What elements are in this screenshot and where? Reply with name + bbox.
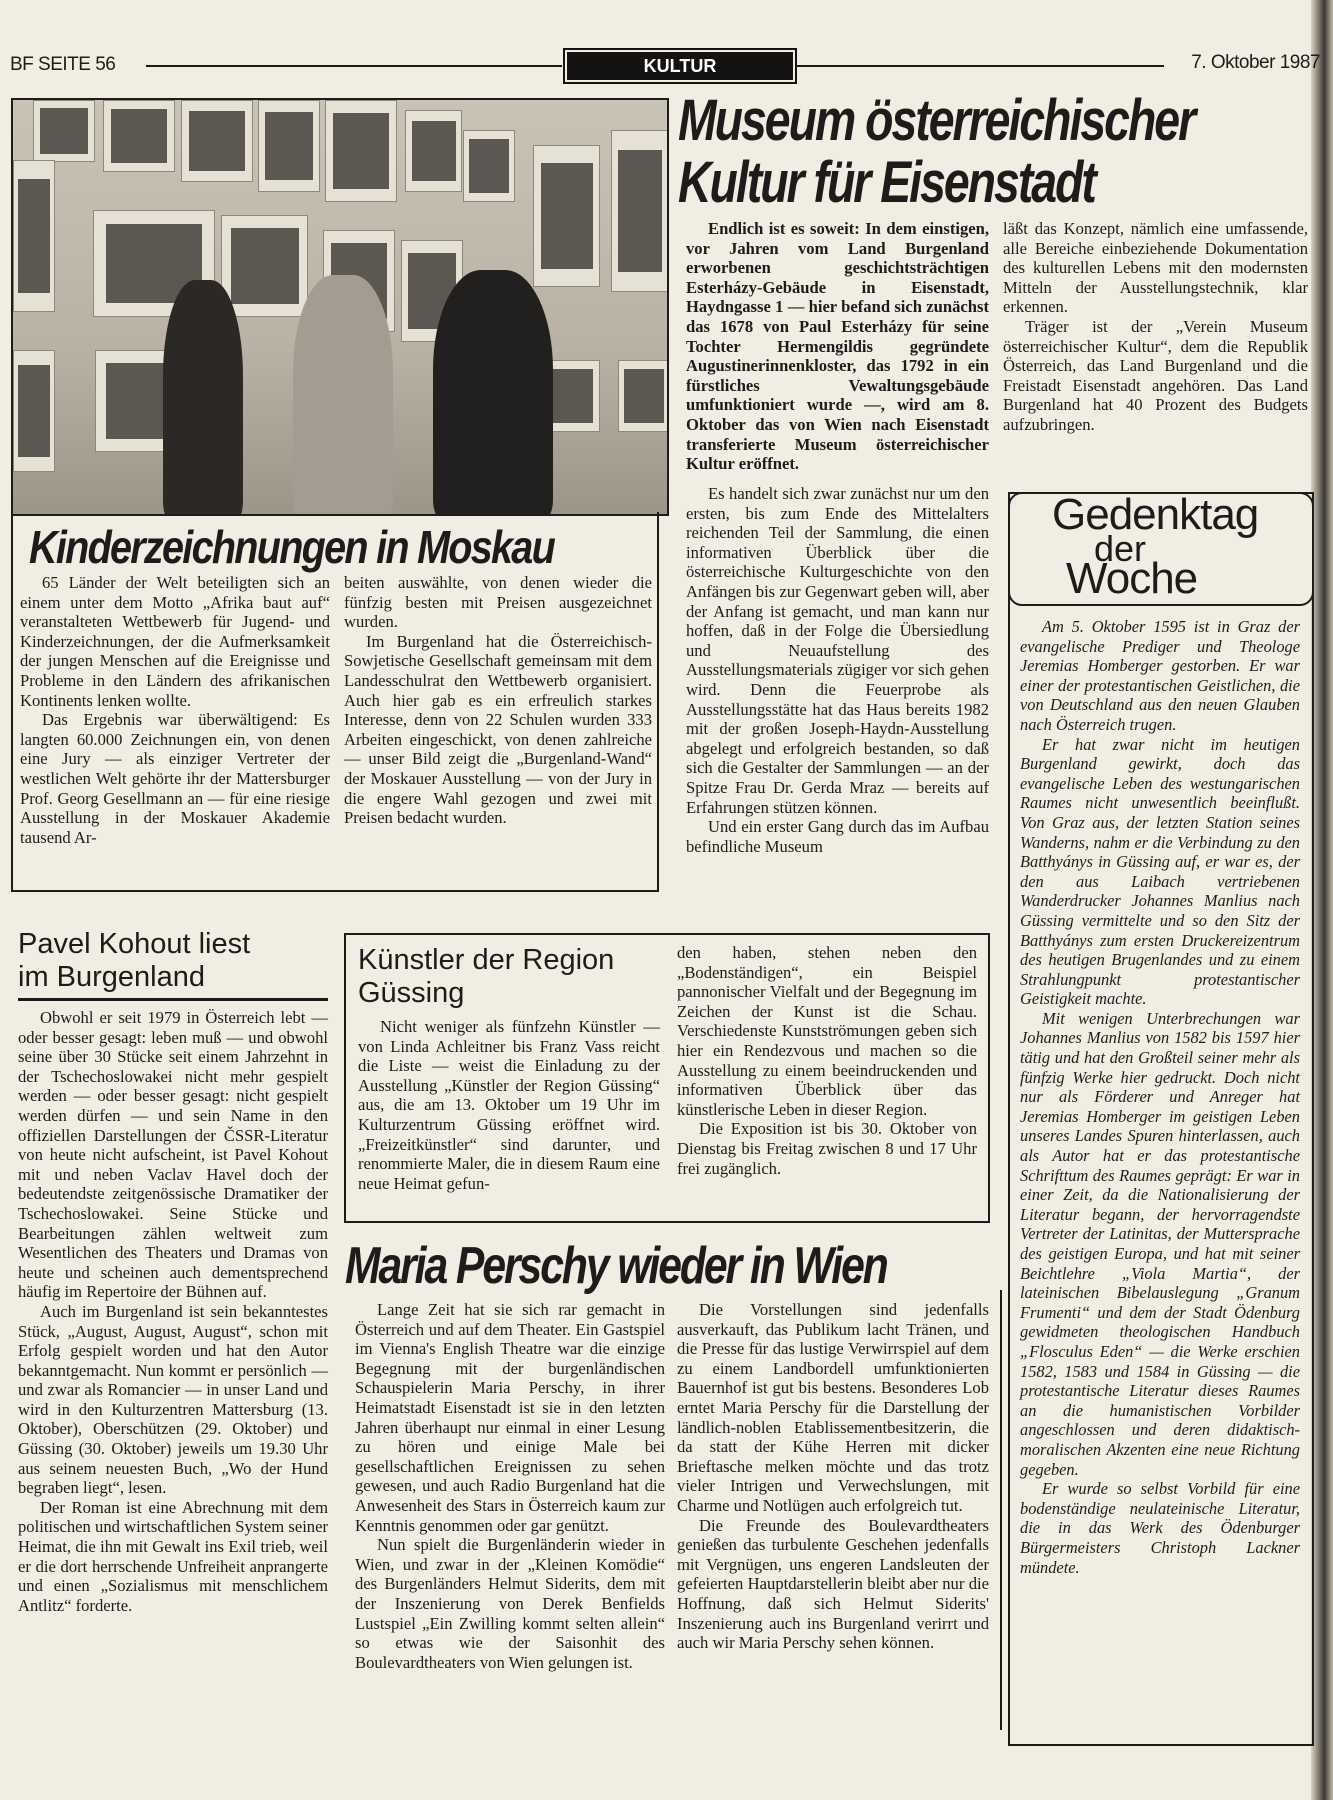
binding-edge (1311, 0, 1333, 1800)
paragraph: Im Burgenland hat die Österreichisch-Sow… (344, 632, 652, 828)
paragraph: Mit wenigen Unterbrechungen war Johannes… (1020, 1009, 1300, 1479)
kinder-column-1: 65 Länder der Welt beteiligten sich an e… (20, 573, 330, 847)
paragraph: den haben, stehen neben den „Bodenständi… (677, 943, 977, 1119)
kohout-text: Obwohl er seit 1979 in Österreich lebt —… (18, 1008, 328, 1615)
page-number: BF SEITE 56 (10, 54, 115, 76)
page-header: BF SEITE 56 KULTUR 7. Oktober 1987 (10, 48, 1310, 82)
paragraph: Die Exposition ist bis 30. Oktober von D… (677, 1119, 977, 1178)
museum-column-1: Es handelt sich zwar zunächst nur um den… (686, 484, 989, 856)
person-right (433, 270, 553, 516)
person-center (293, 275, 393, 516)
column-rule (1000, 1290, 1002, 1730)
headline-perschy: Maria Perschy wieder in Wien (345, 1236, 887, 1296)
headline-kinderzeichnungen: Kinderzeichnungen in Moskau (29, 520, 554, 574)
paragraph: Das Ergebnis war überwältigend: Es langt… (20, 710, 330, 847)
header-rule-right (796, 65, 1164, 67)
paragraph: Er wurde so selbst Vorbild für eine bode… (1020, 1479, 1300, 1577)
museum-column-2: läßt das Konzept, nämlich eine umfassend… (1003, 219, 1308, 435)
paragraph: Nun spielt die Burgenländerin wieder in … (355, 1535, 665, 1672)
headline-rule (18, 998, 328, 1001)
paragraph: Auch im Burgenland ist sein bekanntestes… (18, 1302, 328, 1498)
perschy-column-1: Lange Zeit hat sie sich rar gemacht in Ö… (355, 1300, 665, 1672)
paragraph: läßt das Konzept, nämlich eine umfassend… (1003, 219, 1308, 317)
kinder-column-2: beiten auswählte, von denen wieder die f… (344, 573, 652, 828)
headline-museum: Museum österreichischer Kultur für Eisen… (678, 90, 1190, 214)
paragraph: Obwohl er seit 1979 in Österreich lebt —… (18, 1008, 328, 1302)
paragraph: Nicht weniger als fünfzehn Künstler — vo… (358, 1017, 660, 1193)
paragraph: Die Freunde des Boulevardtheaters genieß… (677, 1516, 989, 1653)
paragraph: Es handelt sich zwar zunächst nur um den… (686, 484, 989, 817)
headline-kuenstler: Künstler der Region Güssing (358, 944, 614, 1010)
gedenktag-header: Gedenktag der Woche (1008, 492, 1314, 606)
gedenktag-text: Am 5. Oktober 1595 ist in Graz der evang… (1020, 617, 1300, 1577)
paragraph: 65 Länder der Welt beteiligten sich an e… (20, 573, 330, 710)
issue-date: 7. Oktober 1987 (1191, 52, 1320, 74)
paragraph: Er hat zwar nicht im heutigen Burgenland… (1020, 735, 1300, 1009)
perschy-column-2: Die Vorstellungen sind jedenfalls ausver… (677, 1300, 989, 1653)
paragraph: Träger ist der „Verein Museum österreich… (1003, 317, 1308, 435)
paragraph: Der Roman ist eine Abrechnung mit dem po… (18, 1498, 328, 1616)
paragraph: Die Vorstellungen sind jedenfalls ausver… (677, 1300, 989, 1516)
exhibition-photo (11, 98, 669, 516)
header-rule-left (146, 65, 562, 67)
headline-kohout: Pavel Kohout liest im Burgenland (18, 928, 328, 994)
kuenstler-column-2: den haben, stehen neben den „Bodenständi… (677, 943, 977, 1178)
person-left (163, 280, 243, 516)
paragraph: Und ein erster Gang durch das im Aufbau … (686, 817, 989, 856)
paragraph: Lange Zeit hat sie sich rar gemacht in Ö… (355, 1300, 665, 1535)
paragraph: beiten auswählte, von denen wieder die f… (344, 573, 652, 632)
section-badge: KULTUR (563, 48, 797, 84)
kuenstler-column-1: Nicht weniger als fünfzehn Künstler — vo… (358, 1017, 660, 1193)
paragraph: Am 5. Oktober 1595 ist in Graz der evang… (1020, 617, 1300, 735)
museum-lead: Endlich ist es soweit: In dem einstigen,… (686, 219, 989, 474)
